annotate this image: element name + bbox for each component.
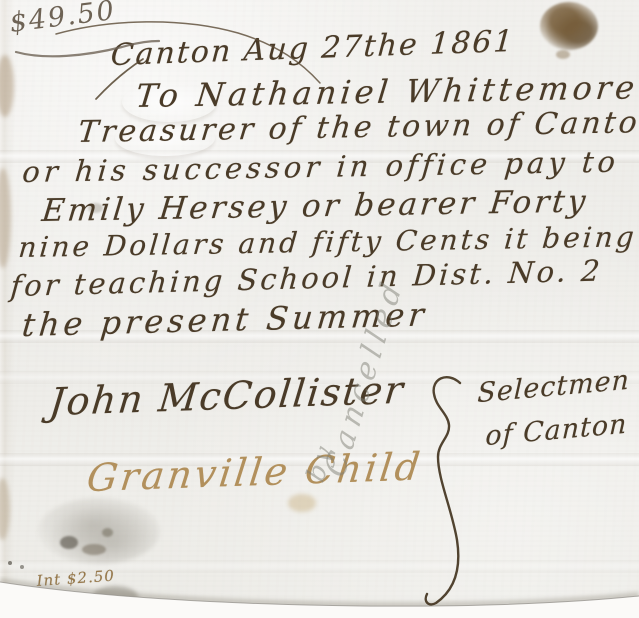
smudge-speck [82,544,106,555]
tan-spot-stain [288,494,316,512]
smudge-speck [102,528,113,537]
small-stain [556,50,570,59]
ink-dot [20,565,24,569]
smudge-speck [60,536,78,549]
ink-dot [8,561,12,565]
ink-blot-stain-top-right [540,2,598,50]
smudge-speck [92,586,138,608]
scanned-document-page: { "colors": { "paper": "#efeeea", "ink_d… [0,0,639,618]
